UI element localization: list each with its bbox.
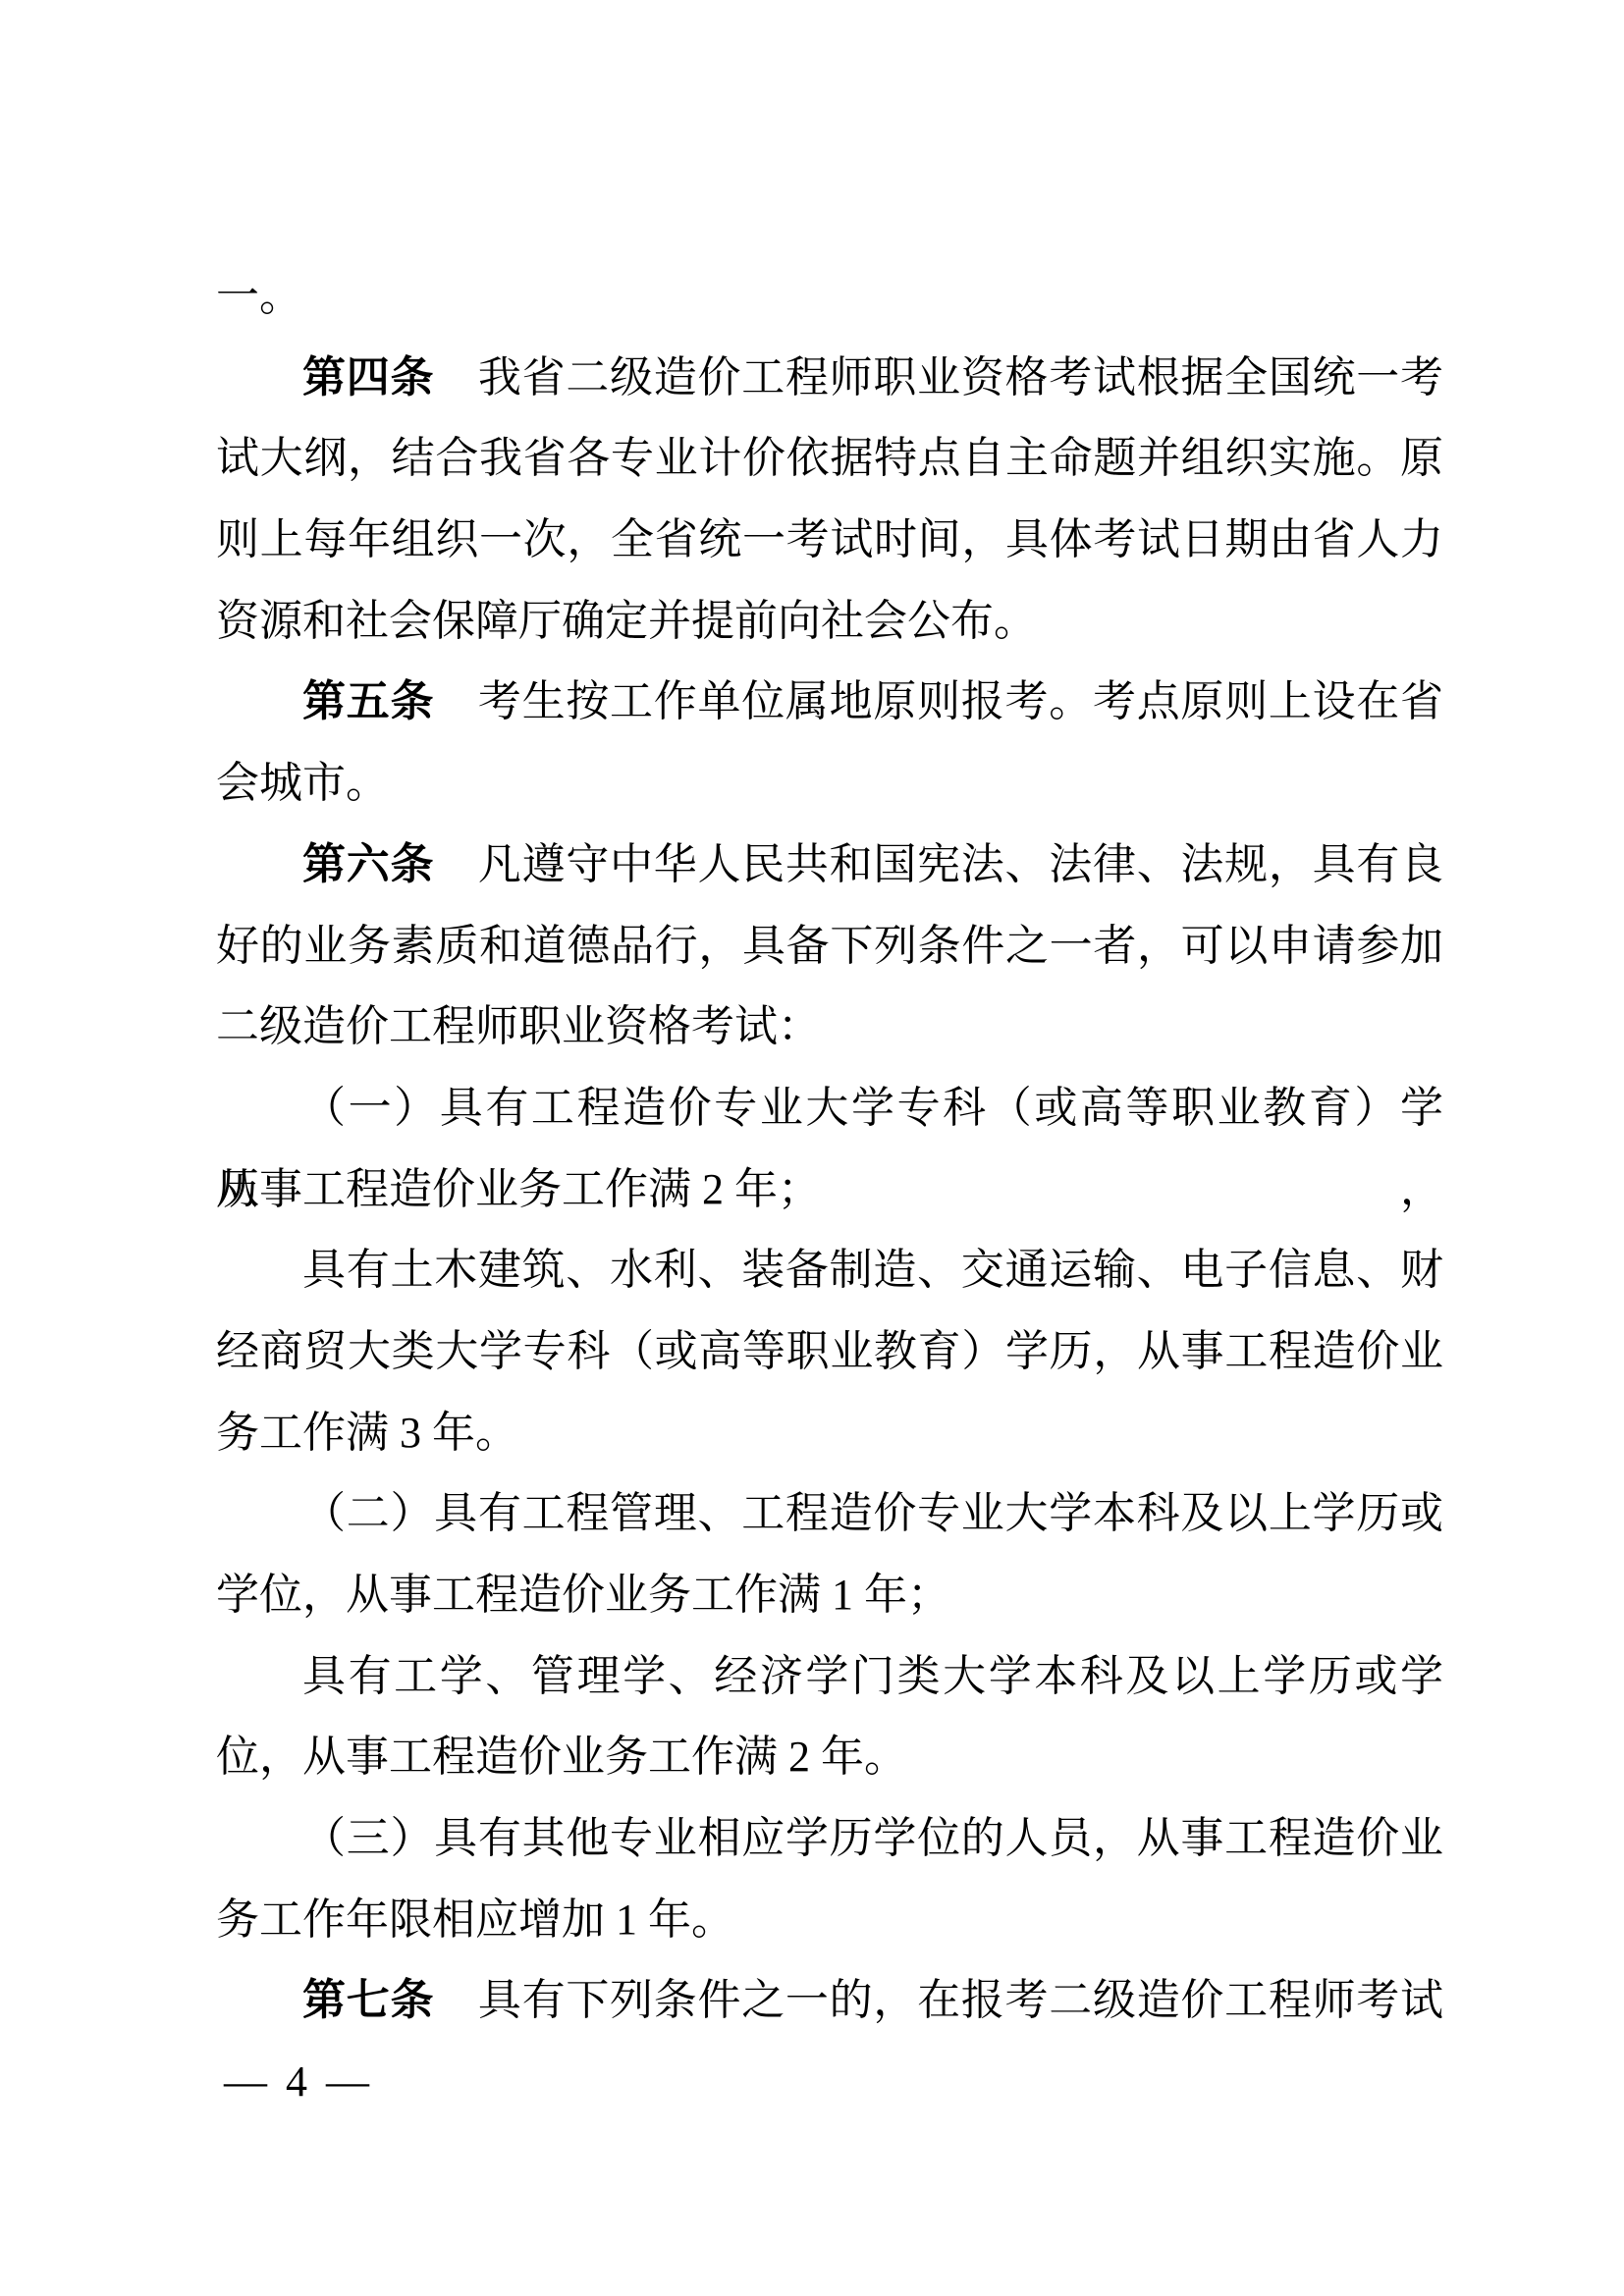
page-number: — 4 — [224, 2042, 373, 2122]
text-segment: 会城市。 [216, 759, 389, 807]
text-segment: 二级造价工程师职业资格考试： [216, 1002, 821, 1050]
document-page: 一。第四条 我省二级造价工程师职业资格考试根据全国统一考试大纲，结合我省各专业计… [0, 0, 1624, 2296]
text-segment: 凡遵守中华人民共和国宪法、法律、法规，具有良 [434, 840, 1443, 888]
text-segment: 则上每年组织一次，全省统一考试时间，具体考试日期由省人力 [216, 515, 1443, 563]
text-line: 好的业务素质和道德品行，具备下列条件之一者，可以申请参加 [216, 906, 1443, 988]
text-line: 第七条 具有下列条件之一的，在报考二级造价工程师考试 [216, 1960, 1443, 2042]
text-segment: 学位，从事工程造价业务工作满 1 年； [216, 1571, 950, 1619]
text-segment: （二）具有工程管理、工程造价专业大学本科及以上学历或 [302, 1489, 1443, 1537]
text-line: （一）具有工程造价专业大学专科（或高等职业教育）学历， [216, 1068, 1443, 1149]
text-segment: 资源和社会保障厅确定并提前向社会公布。 [216, 597, 1037, 645]
text-line: 具有工学、管理学、经济学门类大学本科及以上学历或学 [216, 1636, 1443, 1718]
text-segment: 具有下列条件之一的，在报考二级造价工程师考试 [434, 1976, 1443, 2024]
text-segment: （三）具有其他专业相应学历学位的人员，从事工程造价业 [302, 1814, 1443, 1862]
text-line: 学位，从事工程造价业务工作满 1 年； [216, 1555, 1443, 1636]
text-segment: 考生按工作单位属地原则报考。考点原则上设在省 [434, 677, 1443, 725]
text-segment: 一。 [216, 272, 302, 320]
text-line: 二级造价工程师职业资格考试： [216, 987, 1443, 1068]
text-line: 资源和社会保障厅确定并提前向社会公布。 [216, 581, 1443, 663]
text-segment: 试大纲，结合我省各专业计价依据特点自主命题并组织实施。原 [216, 434, 1443, 482]
text-line: 具有土木建筑、水利、装备制造、交通运输、电子信息、财 [216, 1230, 1443, 1311]
text-segment: 经商贸大类大学专科（或高等职业教育）学历，从事工程造价业 [216, 1327, 1443, 1375]
text-line: （三）具有其他专业相应学历学位的人员，从事工程造价业 [216, 1798, 1443, 1880]
text-line: 务工作满 3 年。 [216, 1393, 1443, 1474]
text-line: 第四条 我省二级造价工程师职业资格考试根据全国统一考 [216, 338, 1443, 419]
text-line: 经商贸大类大学专科（或高等职业教育）学历，从事工程造价业 [216, 1311, 1443, 1393]
text-line: 务工作年限相应增加 1 年。 [216, 1880, 1443, 1961]
text-line: 位，从事工程造价业务工作满 2 年。 [216, 1717, 1443, 1798]
text-line: 一。 [216, 256, 1443, 338]
text-line: 会城市。 [216, 743, 1443, 825]
text-line: 则上每年组织一次，全省统一考试时间，具体考试日期由省人力 [216, 500, 1443, 581]
text-segment: 从事工程造价业务工作满 2 年； [216, 1165, 821, 1213]
text-segment: 我省二级造价工程师职业资格考试根据全国统一考 [434, 353, 1443, 401]
text-line: 第六条 凡遵守中华人民共和国宪法、法律、法规，具有良 [216, 825, 1443, 906]
text-line: （二）具有工程管理、工程造价专业大学本科及以上学历或 [216, 1473, 1443, 1555]
text-line: 试大纲，结合我省各专业计价依据特点自主命题并组织实施。原 [216, 418, 1443, 500]
text-segment: 位，从事工程造价业务工作满 2 年。 [216, 1733, 907, 1781]
article-number: 第六条 [302, 840, 434, 888]
article-number: 第七条 [302, 1976, 434, 2024]
text-segment: 务工作年限相应增加 1 年。 [216, 1896, 734, 1944]
text-segment: 好的业务素质和道德品行，具备下列条件之一者，可以申请参加 [216, 922, 1443, 970]
document-body: 一。第四条 我省二级造价工程师职业资格考试根据全国统一考试大纲，结合我省各专业计… [216, 256, 1443, 2042]
text-segment: 具有工学、管理学、经济学门类大学本科及以上学历或学 [302, 1652, 1443, 1700]
text-segment: 务工作满 3 年。 [216, 1409, 518, 1457]
text-segment: 具有土木建筑、水利、装备制造、交通运输、电子信息、财 [302, 1246, 1443, 1294]
article-number: 第五条 [302, 677, 434, 725]
article-number: 第四条 [302, 353, 434, 401]
text-line: 第五条 考生按工作单位属地原则报考。考点原则上设在省 [216, 662, 1443, 743]
